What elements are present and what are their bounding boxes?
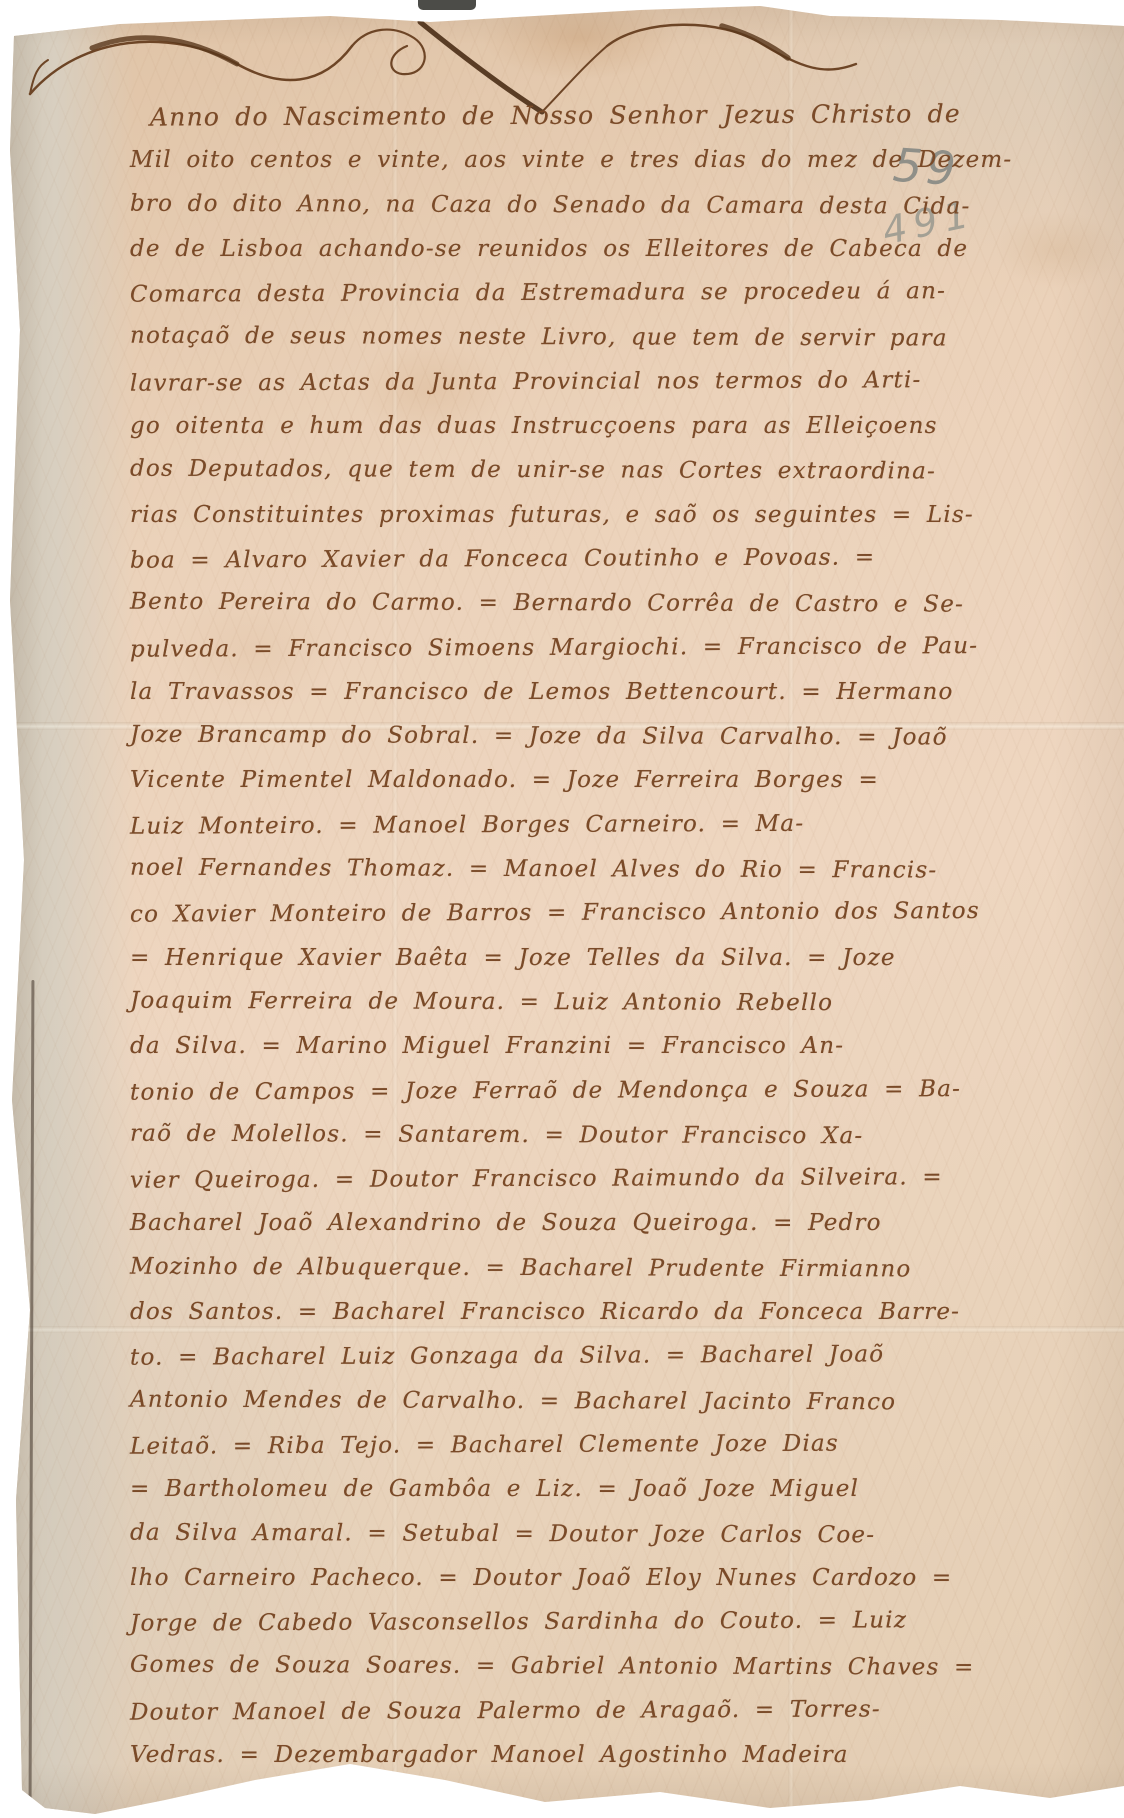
manuscript-page: 59 491 Anno do Nascimento de Nosso Senho… <box>0 0 1124 1818</box>
manuscript-line: Mil oito centos e vinte, aos vinte e tre… <box>130 138 900 182</box>
manuscript-line: Anno do Nascimento de Nosso Senhor Jezus… <box>130 92 900 140</box>
manuscript-line: vier Queiroga. = Doutor Francisco Raimun… <box>130 1155 900 1203</box>
manuscript-line: Mozinho de Albuquerque. = Bacharel Prude… <box>130 1244 900 1291</box>
scan-artifact <box>418 0 476 10</box>
manuscript-line: Doutor Manoel de Souza Palermo de Aragaõ… <box>130 1687 900 1735</box>
manuscript-line: go oitenta e hum das duas Instrucçoens p… <box>130 404 900 448</box>
manuscript-line: da Silva Amaral. = Setubal = Doutor Joze… <box>130 1510 900 1557</box>
manuscript-line: raõ de Molellos. = Santarem. = Doutor Fr… <box>130 1111 900 1158</box>
manuscript-line: Vedras. = Dezembargador Manoel Agostinho… <box>130 1733 900 1777</box>
document-scan: 59 491 Anno do Nascimento de Nosso Senho… <box>0 0 1124 1818</box>
manuscript-line: lavrar-se as Actas da Junta Provincial n… <box>130 358 900 406</box>
manuscript-line: de de Lisboa achando-se reunidos os Elle… <box>130 227 900 271</box>
manuscript-line: rias Constituintes proximas futuras, e s… <box>130 493 900 537</box>
manuscript-line: tonio de Campos = Joze Ferraõ de Mendonç… <box>130 1067 900 1115</box>
manuscript-line: Bento Pereira do Carmo. = Bernardo Corrê… <box>130 580 900 627</box>
manuscript-line: Luiz Monteiro. = Manoel Borges Carneiro.… <box>130 801 900 849</box>
manuscript-line: notaçaõ de seus nomes neste Livro, que t… <box>130 314 900 361</box>
manuscript-line: dos Deputados, que tem de unir-se nas Co… <box>130 447 900 494</box>
manuscript-text: Anno do Nascimento de Nosso Senhor Jezus… <box>130 94 900 1777</box>
manuscript-line: Antonio Mendes de Carvalho. = Bacharel J… <box>130 1377 900 1424</box>
manuscript-line: = Henrique Xavier Baêta = Joze Telles da… <box>130 936 900 980</box>
manuscript-line: da Silva. = Marino Miguel Franzini = Fra… <box>130 1024 900 1068</box>
manuscript-line: Jorge de Cabedo Vasconsellos Sardinha do… <box>130 1598 900 1646</box>
manuscript-line: Leitaõ. = Riba Tejo. = Bacharel Clemente… <box>130 1421 900 1469</box>
page-edge-shadow <box>29 980 35 1802</box>
manuscript-line: lho Carneiro Pacheco. = Doutor Joaõ Eloy… <box>130 1556 900 1600</box>
manuscript-line: Comarca desta Provincia da Estremadura s… <box>130 270 900 318</box>
manuscript-line: pulveda. = Francisco Simoens Margiochi. … <box>130 624 900 672</box>
manuscript-line: Joaquim Ferreira de Moura. = Luiz Antoni… <box>130 979 900 1026</box>
manuscript-line: Joze Brancamp do Sobral. = Joze da Silva… <box>130 713 900 760</box>
manuscript-line: Gomes de Souza Soares. = Gabriel Antonio… <box>130 1643 900 1690</box>
manuscript-line: dos Santos. = Bacharel Francisco Ricardo… <box>130 1290 900 1334</box>
manuscript-line: to. = Bacharel Luiz Gonzaga da Silva. = … <box>130 1333 900 1381</box>
manuscript-line: boa = Alvaro Xavier da Fonceca Coutinho … <box>130 535 900 583</box>
manuscript-line: noel Fernandes Thomaz. = Manoel Alves do… <box>130 846 900 893</box>
manuscript-line: co Xavier Monteiro de Barros = Francisco… <box>130 890 900 938</box>
manuscript-line: bro do dito Anno, na Caza do Senado da C… <box>130 181 900 228</box>
manuscript-line: = Bartholomeu de Gambôa e Liz. = Joaõ Jo… <box>130 1467 900 1511</box>
manuscript-line: Bacharel Joaõ Alexandrino de Souza Queir… <box>130 1201 900 1245</box>
manuscript-line: la Travassos = Francisco de Lemos Betten… <box>130 670 900 714</box>
manuscript-line: Vicente Pimentel Maldonado. = Joze Ferre… <box>130 758 900 802</box>
